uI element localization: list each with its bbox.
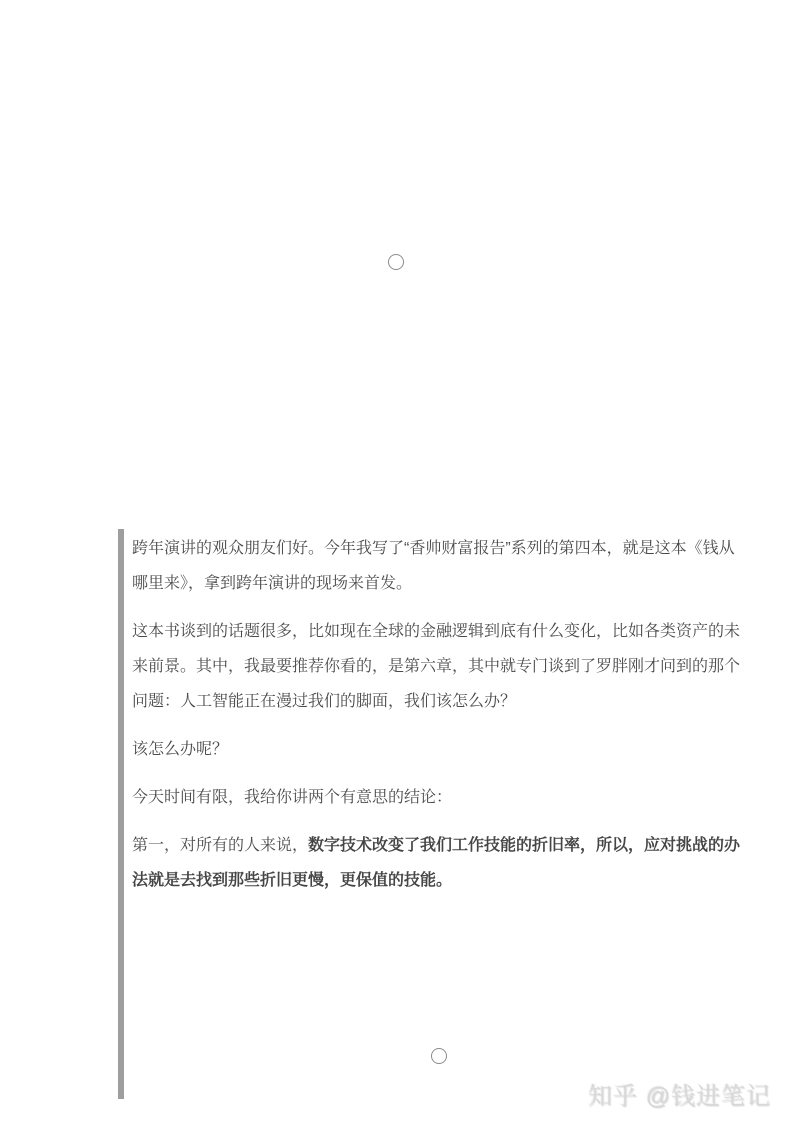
image-placeholder-figure [132, 1047, 745, 1064]
paragraph-text: 今天时间有限，我给你讲两个有意思的结论： [132, 789, 452, 806]
paragraph: 这本书谈到的话题很多，比如现在全球的金融逻辑到底有什么变化，比如各类资产的未来前… [132, 614, 745, 719]
paragraph-emphasis: 第一，对所有的人来说，数字技术改变了我们工作技能的折旧率，所以，应对挑战的办法就… [132, 828, 745, 898]
paragraph: 今天时间有限，我给你讲两个有意思的结论： [132, 780, 745, 815]
paragraph-text: 该怎么办呢？ [132, 741, 228, 758]
watermark: 知乎 @钱进笔记 [588, 1076, 771, 1111]
paragraph: 跨年演讲的观众朋友们好。今年我写了“香帅财富报告”系列的第四本，就是这本《钱从哪… [132, 531, 745, 601]
image-loading-circle-icon [431, 1048, 447, 1064]
paragraph-text: 跨年演讲的观众朋友们好。今年我写了“香帅财富报告”系列的第四本，就是这本《钱从哪… [132, 540, 735, 592]
paragraph-text: 第一，对所有的人来说， [132, 837, 308, 854]
article-quote: 跨年演讲的观众朋友们好。今年我写了“香帅财富报告”系列的第四本，就是这本《钱从哪… [118, 529, 745, 1099]
article-page: 跨年演讲的观众朋友们好。今年我写了“香帅财富报告”系列的第四本，就是这本《钱从哪… [0, 0, 793, 1123]
paragraph: 该怎么办呢？ [132, 732, 745, 767]
image-loading-circle-icon [388, 254, 404, 270]
paragraph-text: 这本书谈到的话题很多，比如现在全球的金融逻辑到底有什么变化，比如各类资产的未来前… [132, 623, 740, 710]
